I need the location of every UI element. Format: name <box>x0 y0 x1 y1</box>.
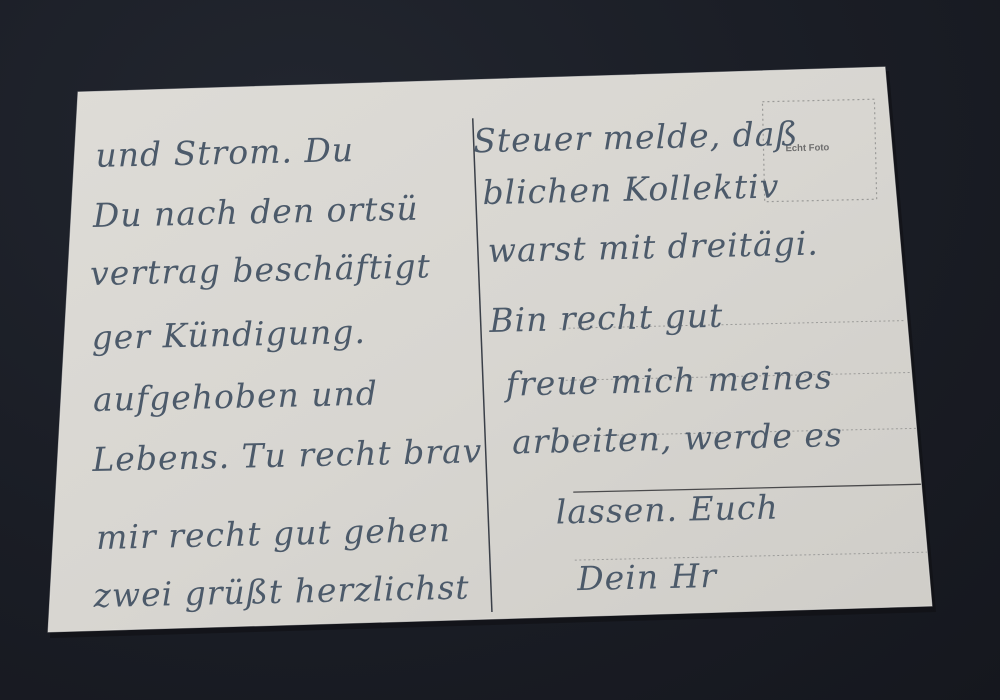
message-line-right-7: lassen. Euch <box>555 487 779 531</box>
message-line-right-2: blichen Kollektiv <box>482 166 780 212</box>
photo-background: Echt Foto und Strom. Du Du nach den orts… <box>0 0 1000 700</box>
message-line-left-7: mir recht gut gehen <box>96 510 452 557</box>
message-line-right-6: arbeiten, werde es <box>512 415 844 461</box>
message-line-right-5: freue mich meines <box>502 357 833 403</box>
message-line-right-3: warst mit dreitägi. <box>487 224 819 271</box>
message-line-left-1: und Strom. Du <box>95 130 354 175</box>
message-line-right-1: Steuer melde, daß <box>473 114 799 160</box>
postcard-photo: Echt Foto und Strom. Du Du nach den orts… <box>0 0 1000 700</box>
message-line-left-5: aufgehoben und <box>93 374 379 419</box>
message-line-left-3: vertrag beschäftigt <box>90 246 431 293</box>
message-line-right-4: Bin recht gut <box>488 296 724 340</box>
message-line-left-2: Du nach den ortsü <box>91 189 419 235</box>
message-line-left-4: ger Kündigung. <box>91 312 366 357</box>
message-signature: Dein Hr <box>576 556 719 598</box>
